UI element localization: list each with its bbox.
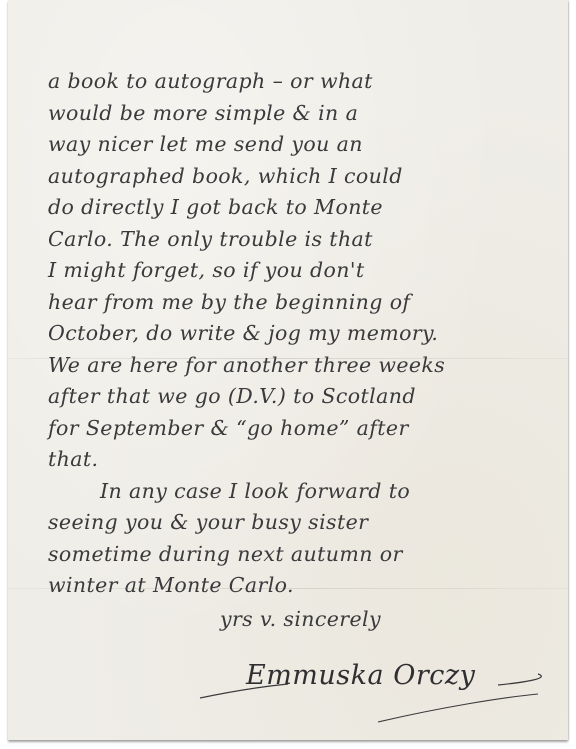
letter-line: autographed book, which I could xyxy=(48,161,558,193)
letter-line: sometime during next autumn or xyxy=(48,539,558,571)
letter-line: after that we go (D.V.) to Scotland xyxy=(48,381,558,413)
letter-line: winter at Monte Carlo. xyxy=(48,570,558,602)
letter-closing: yrs v. sincerely xyxy=(48,604,558,636)
letter-line: October, do write & jog my memory. xyxy=(48,318,558,350)
letter-line: would be more simple & in a xyxy=(48,98,558,130)
letter-body: a book to autograph – or what would be m… xyxy=(48,66,558,635)
signature: Emmuska Orczy xyxy=(246,660,475,691)
letter-line: a book to autograph – or what xyxy=(48,66,558,98)
letter-line: We are here for another three weeks xyxy=(48,350,558,382)
letter-line: Carlo. The only trouble is that xyxy=(48,224,558,256)
letter-line: seeing you & your busy sister xyxy=(48,507,558,539)
letter-line: hear from me by the beginning of xyxy=(48,287,558,319)
letter-line: that. xyxy=(48,444,558,476)
letter-line: way nicer let me send you an xyxy=(48,129,558,161)
letter-line: I might forget, so if you don't xyxy=(48,255,558,287)
letter-line: do directly I got back to Monte xyxy=(48,192,558,224)
letter-line: for September & “go home” after xyxy=(48,413,558,445)
letter-line: In any case I look forward to xyxy=(48,476,558,508)
letter-page: a book to autograph – or what would be m… xyxy=(8,0,568,740)
